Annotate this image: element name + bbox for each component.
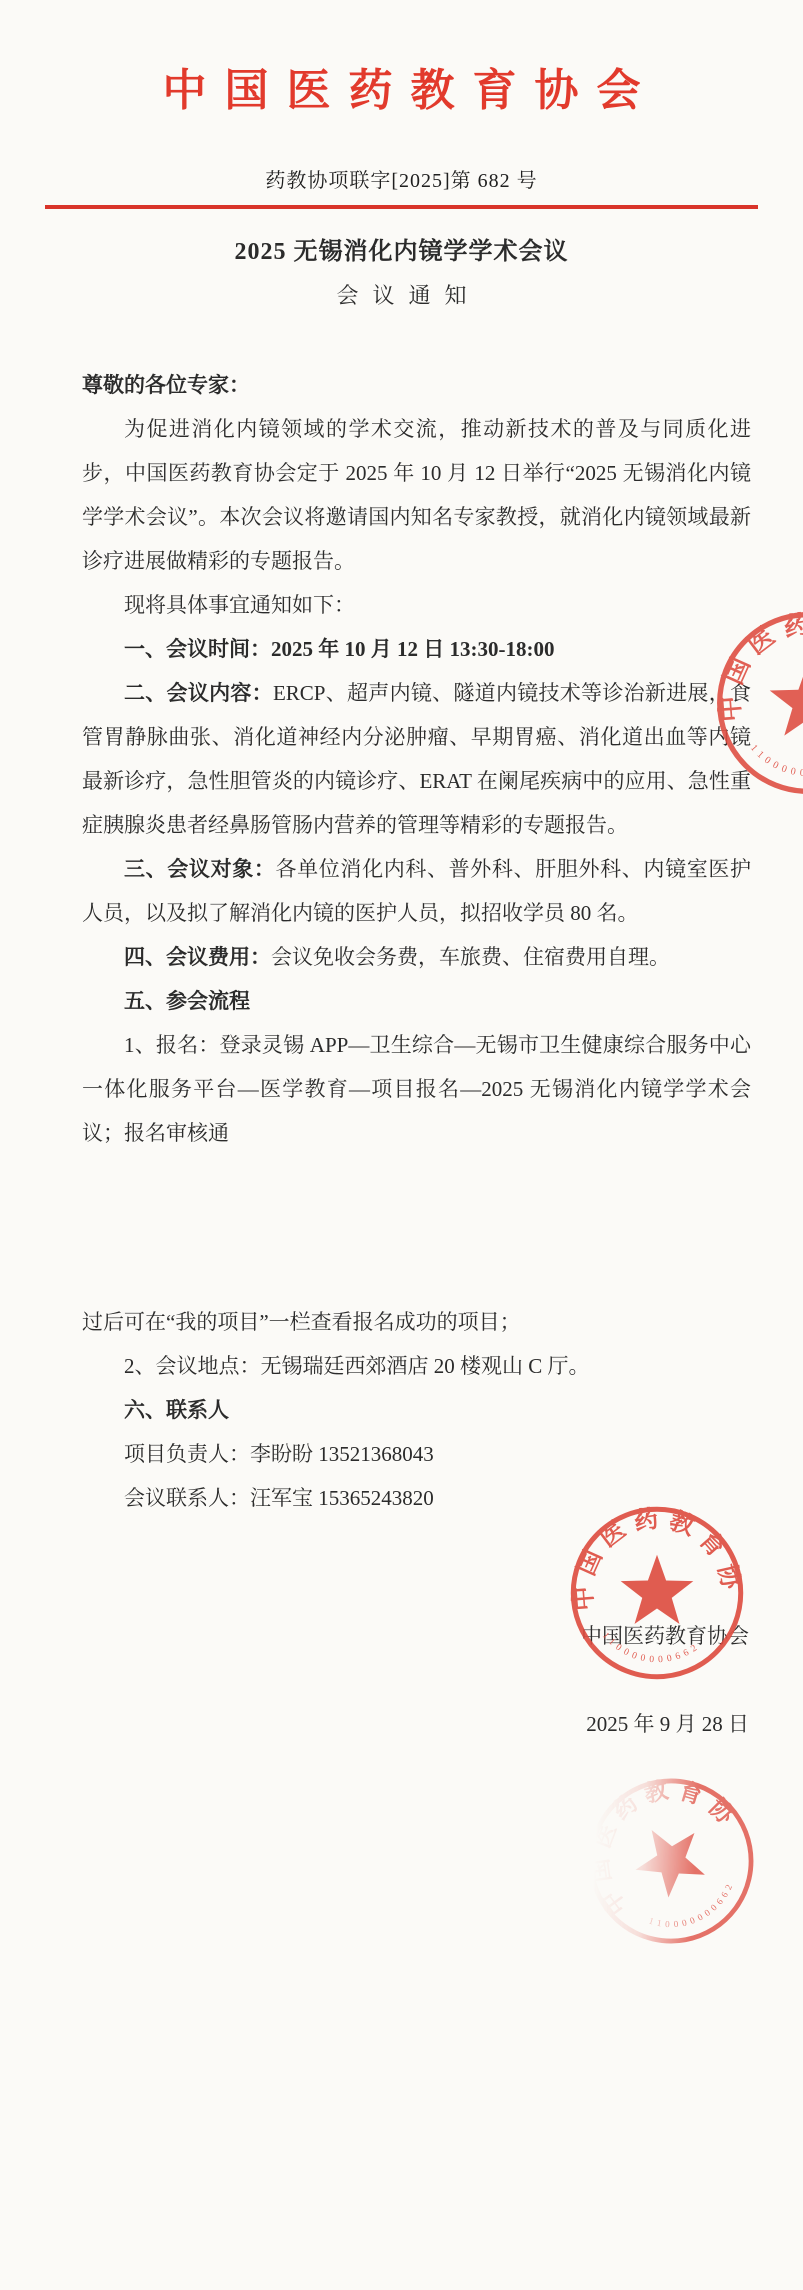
doc-title: 2025 无锡消化内镜学学术会议 (0, 235, 803, 269)
notice-body: 尊敬的各位专家： 为促进消化内镜领域的学术交流，推动新技术的普及与同质化进步，中… (82, 363, 751, 1520)
section-content: 二、会议内容：ERCP、超声内镜、隧道内镜技术等诊治新进展，食管胃静脉曲张、消化… (82, 671, 751, 847)
official-seal-partial-icon (551, 1741, 791, 1981)
doc-subtitle: 会议通知 (0, 279, 803, 313)
section-fee: 四、会议费用：会议免收会务费，车旅费、住宿费用自理。 (82, 935, 751, 979)
section-content-label: 二、会议内容： (124, 681, 273, 705)
signature-block: 中国医药教育协会 2025 年 9 月 28 日 (82, 1614, 751, 1746)
flow-step-1-continued: 过后可在“我的项目”一栏查看报名成功的项目； (82, 1300, 751, 1344)
red-divider (45, 205, 758, 209)
section-fee-value: 会议免收会务费，车旅费、住宿费用自理。 (271, 945, 670, 969)
signature-org: 中国医药教育协会 (82, 1614, 751, 1658)
section-time-label: 一、会议时间： (124, 637, 271, 661)
section-time-value: 2025 年 10 月 12 日 13:30-18:00 (271, 637, 554, 661)
salutation: 尊敬的各位专家： (82, 363, 751, 407)
org-title: 中国医药教育协会 (0, 64, 803, 118)
section-audience: 三、会议对象：各单位消化内科、普外科、肝胆外科、内镜室医护人员，以及拟了解消化内… (82, 847, 751, 935)
signature-date: 2025 年 9 月 28 日 (82, 1702, 751, 1746)
document-page: 中国医药教育协会 药教协项联字[2025]第 682 号 2025 无锡消化内镜… (0, 0, 803, 2290)
flow-step-1: 1、报名：登录灵锡 APP—卫生综合—无锡市卫生健康综合服务中心一体化服务平台—… (82, 1023, 751, 1155)
lead-in: 现将具体事宜通知如下： (82, 583, 751, 627)
intro-paragraph: 为促进消化内镜领域的学术交流，推动新技术的普及与同质化进步，中国医药教育协会定于… (82, 407, 751, 583)
contacts-heading: 六、联系人 (82, 1388, 751, 1432)
blank-gap (82, 1155, 751, 1300)
letterhead: 中国医药教育协会 药教协项联字[2025]第 682 号 (0, 0, 803, 209)
section-process-heading: 五、参会流程 (82, 979, 751, 1023)
section-audience-label: 三、会议对象： (124, 857, 276, 881)
section-time: 一、会议时间：2025 年 10 月 12 日 13:30-18:00 (82, 627, 751, 671)
contact-project-lead: 项目负责人：李盼盼 13521368043 (82, 1432, 751, 1476)
flow-step-2: 2、会议地点：无锡瑞廷西郊酒店 20 楼观山 C 厅。 (82, 1344, 751, 1388)
section-fee-label: 四、会议费用： (124, 945, 271, 969)
contact-conference: 会议联系人：汪军宝 15365243820 (82, 1476, 751, 1520)
doc-number: 药教协项联字[2025]第 682 号 (0, 164, 803, 193)
